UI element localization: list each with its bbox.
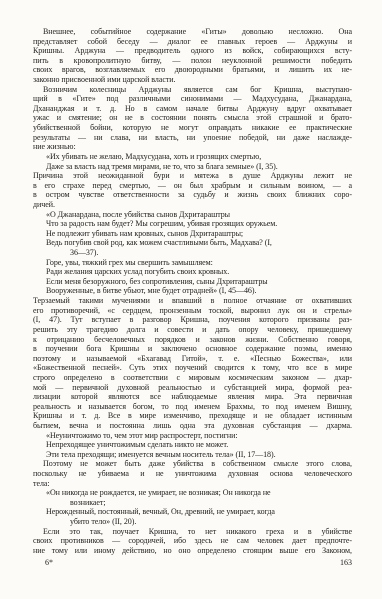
text-line: Эти тела преходящи; именуется вечным нос…	[46, 450, 352, 460]
text-line: Внешнее, событийное содержание «Гиты» до…	[33, 27, 352, 37]
text-line: Нерожденный, постоянный, вечный, Он, дре…	[46, 507, 352, 517]
paragraph: Внешнее, событийное содержание «Гиты» до…	[33, 27, 352, 85]
text-line: «Божественной песней». Суть этих поучени…	[33, 363, 352, 373]
text-line: Даже за власть над тремя мирами, не то, …	[46, 162, 352, 172]
text-line: ние жизнью:	[33, 142, 352, 152]
text-line: (I, 47). Тут вступает в разговор Кришна,…	[33, 315, 352, 325]
paragraph: Причина этой неожиданной бури и мятежа в…	[33, 171, 352, 209]
verse-quote: «Их убивать не желаю, Мадхусудана, хоть …	[46, 152, 352, 171]
text-line: строго определено в соответствии с миров…	[33, 373, 352, 383]
text-line: решить эту трагедию долга и совести и да…	[33, 325, 352, 335]
paragraph: Если это так, поучает Кришна, то нет ник…	[33, 527, 352, 556]
text-line: Причина этой неожиданной бури и мятежа в…	[33, 171, 352, 181]
text-line: результаты — ни слава, ни власть, ни упо…	[33, 133, 352, 143]
text-line: Ради желания царских услад погубить свои…	[46, 267, 352, 277]
verse-quote: «Он никогда не рождается, не умирает, не…	[46, 488, 352, 526]
book-page: Внешнее, событийное содержание «Гиты» до…	[0, 0, 382, 599]
text-line: убито тело» (II, 20).	[46, 517, 352, 527]
verse-quote: «О Джанардана, после убийства сынов Дхри…	[46, 210, 352, 296]
text-line: Если это так, поучает Кришна, то нет ник…	[33, 527, 352, 537]
text-line: Вооруженные, в битве убьют, мне будет от…	[46, 286, 352, 296]
text-line: реальность и называется богом, то под им…	[33, 402, 352, 412]
text-line: Поэтому не может быть даже убийства в со…	[33, 459, 352, 469]
text-line: поскольку не убиваема и не уничтожима ду…	[33, 469, 352, 479]
text-line: лизации которой являются все наблюдаемые…	[33, 392, 352, 402]
text-line: представляет собой беседу — диалог ее гл…	[33, 37, 352, 47]
text-line: своих противников — сородичей, ибо здесь…	[33, 536, 352, 546]
text-line: дичей.	[33, 200, 352, 210]
text-line: своих врагов, возглавляемых его двоюродн…	[33, 65, 352, 75]
text-line: к отрицанию бесчеловечных порядков и зак…	[33, 335, 352, 345]
text-block: Внешнее, событийное содержание «Гиты» до…	[33, 27, 352, 556]
text-line: мой — первичной духовной реальностью и с…	[33, 383, 352, 393]
text-line: в поучении бога Кришны и заключено основ…	[33, 344, 352, 354]
page-footer: 6* 163	[33, 558, 352, 570]
text-line: пить в кровопролитную битву, — полон неу…	[33, 56, 352, 66]
text-line: его противоречий, «с сердцем, пронзенным…	[33, 306, 352, 316]
text-line: Кришны. Арджуна — предводитель одного из…	[33, 46, 352, 56]
verse-quote: «Неуничтожимо то, чем этот мир распросте…	[46, 431, 352, 460]
text-line: Кришны и т. д. Все в мире изменчиво, пре…	[33, 411, 352, 421]
text-line: в его страхе перед смертью, — он был хра…	[33, 181, 352, 191]
text-line: «Неуничтожимо то, чем этот мир распросте…	[46, 431, 352, 441]
text-line: поэтому и называемой «Бхагавад Гитой», т…	[33, 354, 352, 364]
text-line: щий в «Гите» под различными синонимами —…	[33, 94, 352, 104]
text-line: в остром чувстве ответственности за судь…	[33, 190, 352, 200]
text-line: убийственной бойни, которую не могут опр…	[33, 123, 352, 133]
text-line: тела:	[33, 479, 352, 489]
text-line: Если меня безоружного, без сопротивления…	[46, 277, 352, 287]
text-line: бытием, вечна и постоянна лишь одна эта …	[33, 421, 352, 431]
text-line: законно присвоенной ими царской власти.	[33, 75, 352, 85]
text-line: Непреходящее уничтожимым сделать никто н…	[46, 440, 352, 450]
text-line: «О Джанардана, после убийства сынов Дхри…	[46, 210, 352, 220]
text-line: «Их убивать не желаю, Мадхусудана, хоть …	[46, 152, 352, 162]
text-line: Терзаемый такими мучениями и впавший в п…	[33, 296, 352, 306]
page-number: 163	[340, 558, 352, 567]
text-line: 36—37).	[46, 248, 352, 258]
text-line: Не подлежит убивать нам кровных, сынов Д…	[46, 229, 352, 239]
text-line: Дхананджая и т. д. Но в самом начале бит…	[33, 104, 352, 114]
text-line: Что за радость нам будет? Мы согрешим, у…	[46, 219, 352, 229]
paragraph: Терзаемый такими мучениями и впавший в п…	[33, 296, 352, 431]
text-line: возникает;	[46, 498, 352, 508]
text-line: «Он никогда не рождается, не умирает, не…	[46, 488, 352, 498]
text-line: ние тому или иному действию, но оно опре…	[33, 546, 352, 556]
paragraph: Возничим колесницы Арджуны является сам …	[33, 85, 352, 152]
paragraph: Поэтому не может быть даже убийства в со…	[33, 459, 352, 488]
signature-mark: 6*	[45, 558, 53, 567]
text-line: Горе, увы, тяжкий грех мы свершить замыш…	[46, 258, 352, 268]
text-line: Ведь погубив свой род, как можем счастли…	[46, 238, 352, 248]
text-line: ужас и смятение; он не в состоянии понят…	[33, 113, 352, 123]
text-line: Возничим колесницы Арджуны является сам …	[33, 85, 352, 95]
